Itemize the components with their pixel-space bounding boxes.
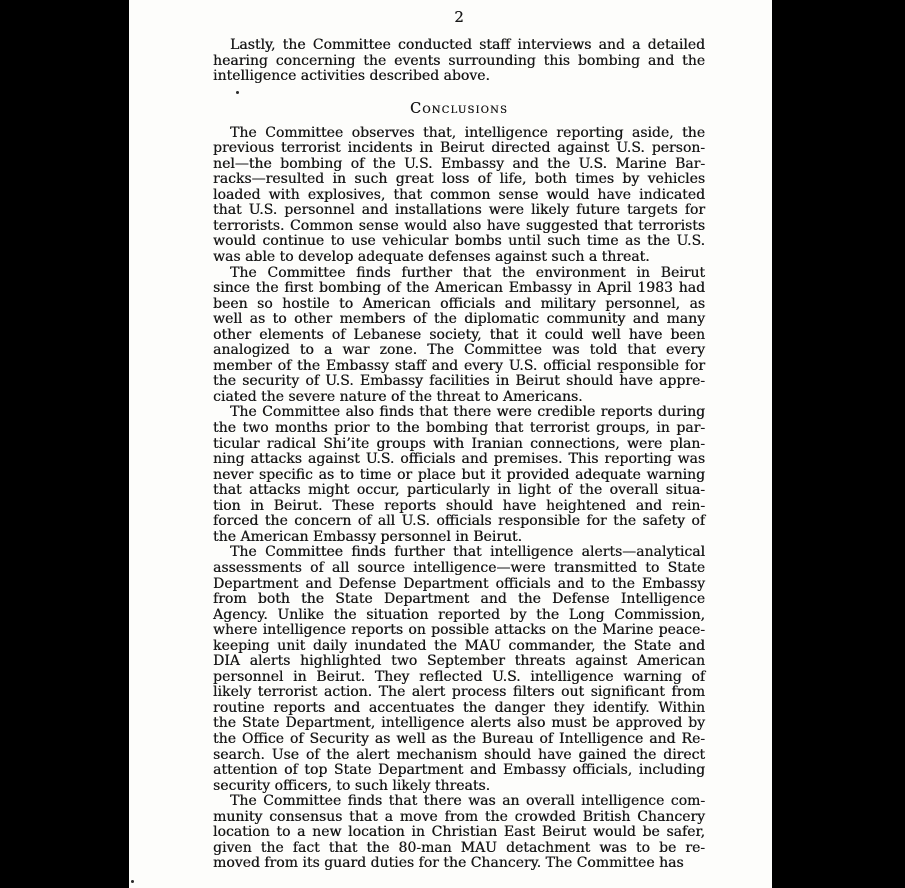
body-paragraph: The Committee finds further that the env… xyxy=(213,266,705,406)
paragraph-line: the State Department, intelligence alert… xyxy=(213,716,705,732)
paragraph-line: likely terrorist action. The alert proce… xyxy=(213,685,705,701)
paragraph-line: never specific as to time or place but i… xyxy=(213,468,705,484)
paragraph-line: that U.S. personnel and installations we… xyxy=(213,203,705,219)
paragraph-line: the American Embassy personnel in Beirut… xyxy=(213,530,705,546)
paragraph-line: since the first bombing of the American … xyxy=(213,281,705,297)
paragraph-line: nel—the bombing of the U.S. Embassy and … xyxy=(213,157,705,173)
body-paragraph: The Committee also finds that there were… xyxy=(213,405,705,545)
paragraph-line: ning attacks against U.S. officials and … xyxy=(213,452,705,468)
paragraph-line: that attacks might occur, particularly i… xyxy=(213,483,705,499)
body-text: Lastly, the Committee conducted staff in… xyxy=(213,38,705,872)
paragraph-line: the security of U.S. Embassy facilities … xyxy=(213,374,705,390)
paragraph-line: previous terrorist incidents in Beirut d… xyxy=(213,141,705,157)
paragraph-line: member of the Embassy staff and every U.… xyxy=(213,359,705,375)
paragraph-line: racks—resulted in such great loss of lif… xyxy=(213,172,705,188)
right-scan-margin-bar xyxy=(772,0,905,888)
paragraph-line: analogized to a war zone. The Committee … xyxy=(213,343,705,359)
paragraph-line: keeping unit daily inundated the MAU com… xyxy=(213,639,705,655)
paragraph-line: would continue to use vehicular bombs un… xyxy=(213,234,705,250)
paragraph-line: search. Use of the alert mechanism shoul… xyxy=(213,748,705,764)
paragraph-line: attention of top State Department and Em… xyxy=(213,763,705,779)
paragraph-line: security officers, to such likely threat… xyxy=(213,779,705,795)
paragraph-line: ciated the severe nature of the threat t… xyxy=(213,390,705,406)
paragraph-line: DIA alerts highlighted two September thr… xyxy=(213,654,705,670)
paragraph-line: The Committee finds further that the env… xyxy=(213,266,705,282)
scan-artifact-dot xyxy=(131,880,134,883)
paragraph-line: Agency. Unlike the situation reported by… xyxy=(213,608,705,624)
page-number: 2 xyxy=(213,8,705,26)
document-page: 2 Lastly, the Committee conducted staff … xyxy=(129,0,772,888)
paragraph-line: Department and Defense Department offici… xyxy=(213,577,705,593)
page-content: 2 Lastly, the Committee conducted staff … xyxy=(129,0,772,872)
paragraph-line: where intelligence reports on possible a… xyxy=(213,623,705,639)
paragraph-line: from both the State Department and the D… xyxy=(213,592,705,608)
paragraph-line: the Office of Security as well as the Bu… xyxy=(213,732,705,748)
paragraph-line: loaded with explosives, that common sens… xyxy=(213,188,705,204)
paragraph-line: ticular radical Shi’ite groups with Iran… xyxy=(213,437,705,453)
paragraph-line: moved from its guard duties for the Chan… xyxy=(213,856,705,872)
paragraph-line: Lastly, the Committee conducted staff in… xyxy=(213,38,705,54)
paragraph-line: intelligence activities described above. xyxy=(213,69,705,85)
paragraph-line: terrorists. Common sense would also have… xyxy=(213,219,705,235)
paragraph-line: The Committee also finds that there were… xyxy=(213,405,705,421)
paragraph-line: forced the concern of all U.S. officials… xyxy=(213,514,705,530)
scan-artifact-dot xyxy=(236,91,239,94)
body-paragraph: The Committee observes that, intelligenc… xyxy=(213,126,705,266)
paragraph-line: routine reports and accentuates the dang… xyxy=(213,701,705,717)
paragraph-line: personnel in Beirut. They reflected U.S.… xyxy=(213,670,705,686)
paragraph-line: was able to develop adequate defenses ag… xyxy=(213,250,705,266)
paragraph-line: well as to other members of the diplomat… xyxy=(213,312,705,328)
paragraph-line: location to a new location in Christian … xyxy=(213,825,705,841)
body-paragraph: Lastly, the Committee conducted staff in… xyxy=(213,38,705,85)
paragraph-line: hearing concerning the events surroundin… xyxy=(213,54,705,70)
body-paragraph: The Committee finds that there was an ov… xyxy=(213,794,705,872)
paragraph-line: assessments of all source intelligence—w… xyxy=(213,561,705,577)
paragraph-line: The Committee observes that, intelligenc… xyxy=(213,126,705,142)
paragraph-line: tion in Beirut. These reports should hav… xyxy=(213,499,705,515)
paragraph-line: given the fact that the 80-man MAU detac… xyxy=(213,841,705,857)
body-paragraph: The Committee finds further that intelli… xyxy=(213,545,705,794)
paragraph-line: The Committee finds that there was an ov… xyxy=(213,794,705,810)
left-scan-margin-bar xyxy=(0,0,129,888)
paragraph-line: munity consensus that a move from the cr… xyxy=(213,810,705,826)
paragraph-line: other elements of Lebanese society, that… xyxy=(213,328,705,344)
section-heading: Conclusions xyxy=(213,102,705,117)
paragraph-line: the two months prior to the bombing that… xyxy=(213,421,705,437)
paragraph-line: The Committee finds further that intelli… xyxy=(213,545,705,561)
paragraph-line: been so hostile to American officials an… xyxy=(213,297,705,313)
